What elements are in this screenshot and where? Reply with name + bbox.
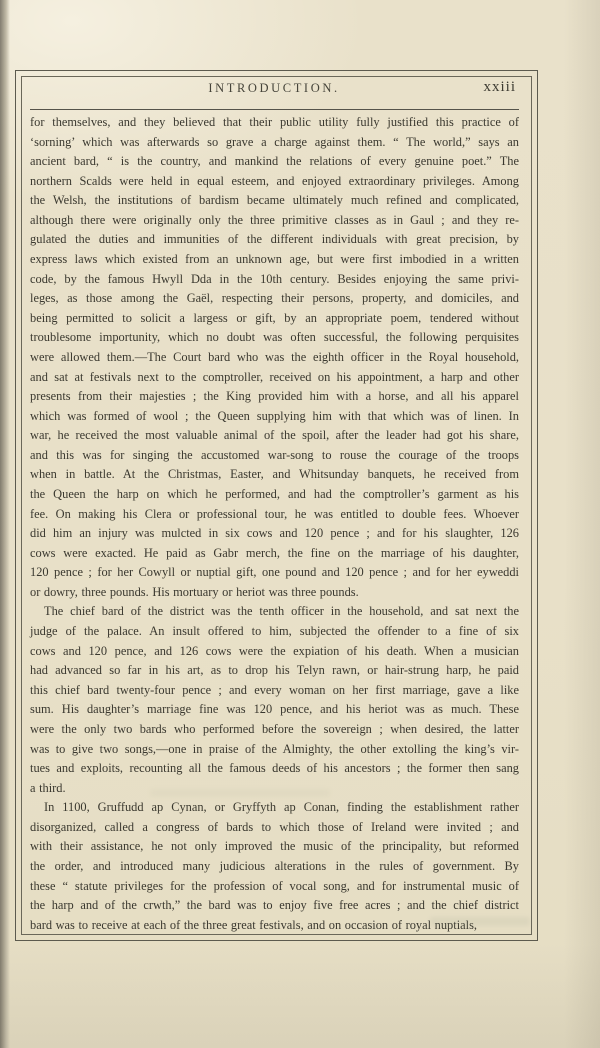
- text-line: In 1100, Gruffudd ap Cynan, or Gryffyth …: [30, 798, 519, 818]
- text-line: express laws which existed from an unkno…: [30, 250, 519, 270]
- text-line: did him an injury was mulcted in six cow…: [30, 524, 519, 544]
- text-line: and sat at festivals next to the comptro…: [30, 368, 519, 388]
- text-line: the order, and introduced many judicious…: [30, 857, 519, 877]
- text-line: this chief bard twenty-four pence ; and …: [30, 681, 519, 701]
- text-line: troublesome importunity, which no doubt …: [30, 328, 519, 348]
- text-line: the harp and of the crwth,” the bard was…: [30, 896, 519, 916]
- text-line: were allowed them.—The Court bard who wa…: [30, 348, 519, 368]
- text-line: when in battle. At the Christmas, Easter…: [30, 465, 519, 485]
- page-number: xxiii: [483, 79, 516, 96]
- text-line: presents from their majesties ; the King…: [30, 387, 519, 407]
- text-line: code, by the famous Hwyll Dda in the 10t…: [30, 270, 519, 290]
- text-line: cows were exacted. He paid as Gabr merch…: [30, 544, 519, 564]
- text-line: gulated the duties and immunities of the…: [30, 230, 519, 250]
- text-line: 120 pence ; for her Cowyll or nuptial gi…: [30, 563, 519, 583]
- ink-bleedthrough-smudge: [430, 917, 530, 926]
- ink-bleedthrough-smudge: [150, 789, 330, 797]
- text-line: were the only two bards who performed be…: [30, 720, 519, 740]
- header-rule: [30, 109, 519, 110]
- page-title: INTRODUCTION.: [30, 81, 518, 96]
- text-line: which was formed of wool ; the Queen sup…: [30, 407, 519, 427]
- text-line: leges, as those among the Gaël, respecti…: [30, 289, 519, 309]
- text-line: had advanced so far in his art, as to dr…: [30, 661, 519, 681]
- text-line: with their assistance, he not only impro…: [30, 837, 519, 857]
- text-line: cows and 120 pence, and 126 cows were th…: [30, 642, 519, 662]
- text-line: for themselves, and they believed that t…: [30, 113, 519, 133]
- text-line: ‘sorning’ which was afterwards so grave …: [30, 133, 519, 153]
- text-line: war, he received the most valuable anima…: [30, 426, 519, 446]
- text-line: The chief bard of the district was the t…: [30, 602, 519, 622]
- text-line: northern Scalds were held in equal estee…: [30, 172, 519, 192]
- text-line: sum. His daughter’s marriage fine was 12…: [30, 700, 519, 720]
- running-header: INTRODUCTION. xxiii: [30, 81, 518, 101]
- text-line: disorganized, called a congress of bards…: [30, 818, 519, 838]
- text-line: tues and exploits, recounting all the fa…: [30, 759, 519, 779]
- text-line: these “ statute privileges for the profe…: [30, 877, 519, 897]
- text-line: judge of the palace. An insult offered t…: [30, 622, 519, 642]
- text-line: was to give two songs,—one in praise of …: [30, 740, 519, 760]
- text-line: although there were originally only the …: [30, 211, 519, 231]
- text-line: ancient bard, “ is the country, and mank…: [30, 152, 519, 172]
- text-line: or dowry, three pounds. His mortuary or …: [30, 583, 519, 603]
- text-line: the Welsh, the institutions of bardism b…: [30, 191, 519, 211]
- page-binding-edge: [0, 0, 10, 1048]
- page-body-text: for themselves, and they believed that t…: [30, 113, 519, 935]
- text-line: being permitted to solicit a largess or …: [30, 309, 519, 329]
- text-line: and this was for singing the accustomed …: [30, 446, 519, 466]
- text-line: fee. On making his Clera or professional…: [30, 505, 519, 525]
- text-line: the Queen the harp on which he performed…: [30, 485, 519, 505]
- book-page: INTRODUCTION. xxiii for themselves, and …: [0, 0, 600, 1048]
